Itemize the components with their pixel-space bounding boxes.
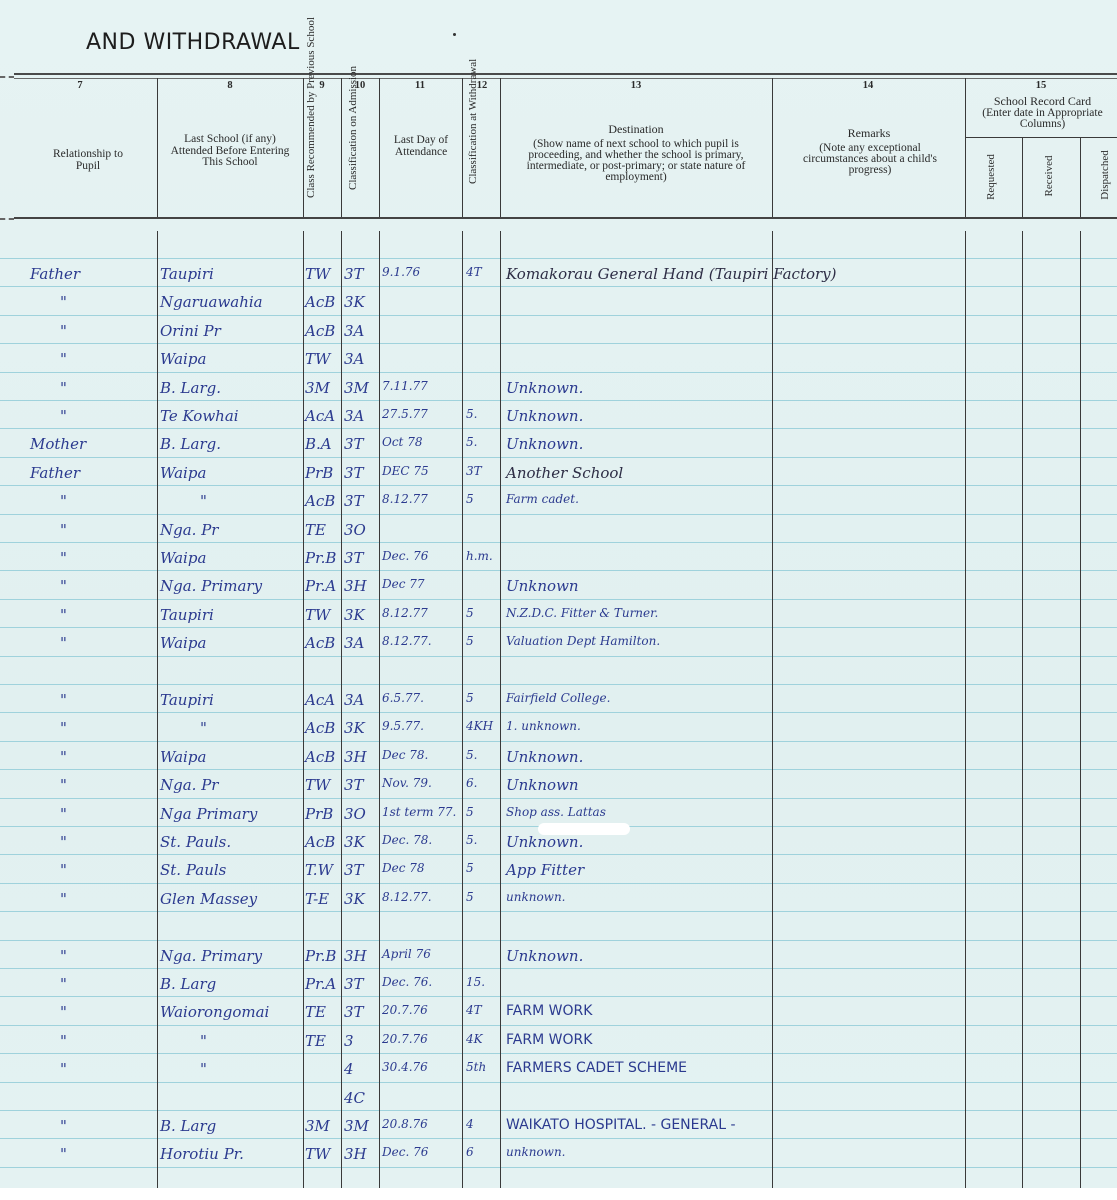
redaction-mark bbox=[538, 823, 630, 835]
ruled-line bbox=[0, 996, 1117, 997]
ruled-line bbox=[0, 798, 1117, 799]
cell-class-withdrawal: 5 bbox=[466, 861, 474, 875]
cell-last-school: St. Pauls. bbox=[160, 833, 231, 851]
header-class-recommended: Class Recommended by Previous School bbox=[306, 88, 317, 198]
column-divider bbox=[462, 78, 463, 217]
ruled-line bbox=[0, 1110, 1117, 1111]
col-number-13: 13 bbox=[616, 80, 656, 91]
header-remarks-note: (Note any exceptional circumstances abou… bbox=[790, 143, 950, 176]
header-dispatched: Dispatched bbox=[1100, 140, 1111, 210]
column-divider bbox=[303, 231, 304, 1188]
cell-last-school: Horotiu Pr. bbox=[160, 1145, 244, 1163]
cell-class-withdrawal: 6 bbox=[466, 1145, 474, 1159]
ruled-line bbox=[0, 343, 1117, 344]
header-classification-admission: Classification on Admission bbox=[348, 100, 359, 190]
cell-last-day: Dec. 78. bbox=[382, 833, 432, 847]
header-remarks: Remarks bbox=[776, 128, 962, 140]
cell-class-recommended: Pr.A bbox=[305, 577, 336, 595]
cell-last-day: Dec. 76 bbox=[382, 1145, 428, 1159]
cell-relationship: " bbox=[60, 492, 67, 510]
column-divider bbox=[462, 231, 463, 1188]
ruled-line bbox=[0, 1138, 1117, 1139]
cell-class-withdrawal: 5 bbox=[466, 492, 474, 506]
cell-relationship: " bbox=[60, 1032, 67, 1050]
cell-last-school: Nga Primary bbox=[160, 805, 257, 823]
cell-last-day: 20.7.76 bbox=[382, 1003, 428, 1017]
ruled-line bbox=[0, 599, 1117, 600]
cell-last-day: Oct 78 bbox=[382, 435, 422, 449]
cell-relationship: " bbox=[60, 805, 67, 823]
cell-class-recommended: AcB bbox=[305, 634, 335, 652]
cell-class-recommended: 3M bbox=[305, 1117, 330, 1135]
cell-relationship: " bbox=[60, 1060, 67, 1078]
header-last-school: Last School (if any) Attended Before Ent… bbox=[170, 134, 290, 169]
cell-class-withdrawal: 5 bbox=[466, 890, 474, 904]
cell-class-admission: 3T bbox=[344, 1003, 364, 1021]
ruled-line bbox=[0, 968, 1117, 969]
cell-last-day: Dec 77 bbox=[382, 577, 425, 591]
cell-last-school: B. Larg bbox=[160, 1117, 216, 1135]
cell-last-school: B. Larg. bbox=[160, 379, 221, 397]
col-number-14: 14 bbox=[848, 80, 888, 91]
cell-class-admission: 3K bbox=[344, 606, 365, 624]
cell-class-recommended: TW bbox=[305, 350, 330, 368]
cell-relationship: " bbox=[60, 293, 67, 311]
cell-last-school: Taupiri bbox=[160, 606, 214, 624]
cell-last-school: Glen Massey bbox=[160, 890, 257, 908]
cell-relationship: Mother bbox=[30, 435, 86, 453]
edge-mark bbox=[0, 218, 14, 220]
cell-class-recommended: TE bbox=[305, 1032, 326, 1050]
cell-class-recommended: AcA bbox=[305, 691, 335, 709]
header-destination: Destination bbox=[505, 124, 767, 136]
column-divider bbox=[1022, 231, 1023, 1188]
column-divider bbox=[379, 231, 380, 1188]
cell-class-admission: 3A bbox=[344, 322, 364, 340]
ruled-line bbox=[0, 769, 1117, 770]
cell-destination: 1. unknown. bbox=[506, 719, 581, 733]
cell-last-day: DEC 75 bbox=[382, 464, 429, 478]
cell-class-recommended: PrB bbox=[305, 464, 333, 482]
cell-destination: Unknown. bbox=[506, 748, 583, 766]
cell-class-withdrawal: 5. bbox=[466, 435, 477, 449]
cell-last-day: Dec 78. bbox=[382, 748, 428, 762]
cell-relationship: " bbox=[60, 861, 67, 879]
cell-destination: unknown. bbox=[506, 890, 566, 904]
cell-class-recommended: TE bbox=[305, 521, 326, 539]
cell-class-recommended: T.W bbox=[305, 861, 333, 879]
cell-last-day: 9.1.76 bbox=[382, 265, 420, 279]
header-school-record-card-note: (Enter date in Appropriate Columns) bbox=[968, 108, 1117, 130]
col-number-8: 8 bbox=[210, 80, 250, 91]
cell-destination: WAIKATO HOSPITAL. - GENERAL - bbox=[506, 1117, 736, 1133]
cell-destination: Unknown. bbox=[506, 833, 583, 851]
col-number-7: 7 bbox=[60, 80, 100, 91]
edge-mark bbox=[0, 76, 14, 78]
cell-class-withdrawal: 15. bbox=[466, 975, 485, 989]
column-divider bbox=[500, 78, 501, 217]
header-requested: Requested bbox=[986, 142, 997, 212]
cell-class-recommended: AcB bbox=[305, 322, 335, 340]
cell-last-school: Ngaruawahia bbox=[160, 293, 263, 311]
cell-class-admission: 3K bbox=[344, 719, 365, 737]
ruled-line bbox=[0, 1053, 1117, 1054]
cell-class-admission: 3M bbox=[344, 1117, 369, 1135]
page-bottom-margin bbox=[0, 1188, 1117, 1200]
cell-last-day: Nov. 79. bbox=[382, 776, 432, 790]
cell-class-recommended: TW bbox=[305, 1145, 330, 1163]
cell-class-admission: 3T bbox=[344, 492, 364, 510]
cell-class-withdrawal: h.m. bbox=[466, 549, 493, 563]
cell-class-admission: 3K bbox=[344, 833, 365, 851]
ruled-line bbox=[0, 570, 1117, 571]
cell-class-admission: 4C bbox=[344, 1089, 365, 1107]
cell-last-school: Taupiri bbox=[160, 265, 214, 283]
cell-class-withdrawal: 5 bbox=[466, 634, 474, 648]
header-classification-withdrawal: Classification at Withdrawal bbox=[468, 94, 479, 184]
cell-relationship: " bbox=[60, 350, 67, 368]
cell-destination: Unknown. bbox=[506, 407, 583, 425]
cell-last-school: Te Kowhai bbox=[160, 407, 239, 425]
cell-destination: Unknown. bbox=[506, 947, 583, 965]
cell-class-recommended: Pr.A bbox=[305, 975, 336, 993]
column-divider bbox=[1022, 138, 1023, 217]
ruled-line bbox=[0, 741, 1117, 742]
cell-last-day: 9.5.77. bbox=[382, 719, 424, 733]
header-bottom-rule bbox=[14, 217, 1117, 219]
cell-last-school: Nga. Primary bbox=[160, 577, 262, 595]
ruled-line bbox=[0, 457, 1117, 458]
cell-last-school: St. Pauls bbox=[160, 861, 226, 879]
ruled-line bbox=[0, 485, 1117, 486]
ruled-line bbox=[0, 854, 1117, 855]
cell-relationship: " bbox=[60, 975, 67, 993]
column-divider bbox=[1080, 231, 1081, 1188]
cell-class-withdrawal: 5 bbox=[466, 606, 474, 620]
cell-last-school: Nga. Pr bbox=[160, 521, 218, 539]
cell-class-admission: 3O bbox=[344, 805, 366, 823]
cell-class-withdrawal: 4T bbox=[466, 1003, 482, 1017]
ruled-line bbox=[0, 372, 1117, 373]
cell-last-day: 8.12.77 bbox=[382, 492, 428, 506]
cell-relationship: Father bbox=[30, 265, 80, 283]
ruled-line bbox=[0, 400, 1117, 401]
column-divider bbox=[157, 231, 158, 1188]
cell-class-admission: 3 bbox=[344, 1032, 354, 1050]
cell-destination: Komakorau General Hand (Taupiri Factory) bbox=[506, 265, 837, 283]
cell-last-day: April 76 bbox=[382, 947, 431, 961]
cell-last-day: 27.5.77 bbox=[382, 407, 428, 421]
cell-class-withdrawal: 3T bbox=[466, 464, 482, 478]
cell-class-recommended: AcB bbox=[305, 293, 335, 311]
cell-class-withdrawal: 5th bbox=[466, 1060, 486, 1074]
ruled-line bbox=[0, 315, 1117, 316]
cell-last-school: Waipa bbox=[160, 634, 206, 652]
ruled-line bbox=[0, 1167, 1117, 1168]
cell-last-day: 20.7.76 bbox=[382, 1032, 428, 1046]
ruled-line bbox=[0, 627, 1117, 628]
cell-last-day: Dec. 76 bbox=[382, 549, 428, 563]
cell-last-day: 8.12.77. bbox=[382, 634, 432, 648]
cell-class-admission: 3H bbox=[344, 1145, 367, 1163]
cell-relationship: " bbox=[60, 719, 67, 737]
cell-class-admission: 3T bbox=[344, 435, 364, 453]
cell-class-admission: 3H bbox=[344, 748, 367, 766]
cell-last-day: 1st term 77. bbox=[382, 805, 456, 819]
cell-relationship: " bbox=[60, 606, 67, 624]
cell-class-admission: 4 bbox=[344, 1060, 354, 1078]
cell-class-admission: 3A bbox=[344, 691, 364, 709]
cell-class-recommended: TW bbox=[305, 776, 330, 794]
header-destination-note: (Show name of next school to which pupil… bbox=[505, 139, 767, 183]
col15-subheader-rule bbox=[965, 137, 1117, 138]
cell-class-admission: 3K bbox=[344, 890, 365, 908]
cell-class-admission: 3A bbox=[344, 634, 364, 652]
cell-class-recommended: PrB bbox=[305, 805, 333, 823]
cell-class-admission: 3T bbox=[344, 776, 364, 794]
header-relationship: Relationship to Pupil bbox=[40, 149, 136, 172]
column-divider bbox=[341, 231, 342, 1188]
column-divider bbox=[500, 231, 501, 1188]
cell-relationship: " bbox=[60, 691, 67, 709]
cell-class-withdrawal: 4KH bbox=[466, 719, 493, 733]
cell-class-recommended: 3M bbox=[305, 379, 330, 397]
cell-last-school: " bbox=[200, 1060, 207, 1078]
cell-last-school: B. Larg. bbox=[160, 435, 221, 453]
cell-class-recommended: TW bbox=[305, 265, 330, 283]
cell-class-withdrawal: 4K bbox=[466, 1032, 483, 1046]
cell-destination: Farm cadet. bbox=[506, 492, 579, 506]
cell-last-day: 6.5.77. bbox=[382, 691, 424, 705]
cell-class-admission: 3T bbox=[344, 975, 364, 993]
cell-class-admission: 3H bbox=[344, 577, 367, 595]
cell-relationship: " bbox=[60, 521, 67, 539]
cell-class-admission: 3M bbox=[344, 379, 369, 397]
cell-relationship: Father bbox=[30, 464, 80, 482]
cell-class-admission: 3A bbox=[344, 350, 364, 368]
cell-last-school: Waipa bbox=[160, 549, 206, 567]
cell-last-school: Orini Pr bbox=[160, 322, 221, 340]
ruled-line bbox=[0, 911, 1117, 912]
column-divider bbox=[965, 78, 966, 217]
cell-destination: Shop ass. Lattas bbox=[506, 805, 606, 819]
cell-destination: Unknown bbox=[506, 577, 579, 595]
cell-relationship: " bbox=[60, 1145, 67, 1163]
header-top-rule bbox=[14, 73, 1117, 79]
cell-class-recommended: TW bbox=[305, 606, 330, 624]
cell-class-admission: 3O bbox=[344, 521, 366, 539]
cell-relationship: " bbox=[60, 947, 67, 965]
cell-relationship: " bbox=[60, 776, 67, 794]
cell-last-school: Waipa bbox=[160, 748, 206, 766]
cell-class-withdrawal: 5. bbox=[466, 833, 477, 847]
cell-relationship: " bbox=[60, 890, 67, 908]
column-divider bbox=[772, 78, 773, 217]
cell-destination: Unknown. bbox=[506, 435, 583, 453]
col-number-15: 15 bbox=[1021, 80, 1061, 91]
cell-relationship: " bbox=[60, 748, 67, 766]
ink-speck bbox=[453, 33, 456, 36]
cell-class-admission: 3A bbox=[344, 407, 364, 425]
cell-class-recommended: AcB bbox=[305, 833, 335, 851]
cell-destination: Unknown bbox=[506, 776, 579, 794]
col-number-10: 10 bbox=[340, 80, 380, 91]
cell-last-school: Waiorongomai bbox=[160, 1003, 269, 1021]
cell-last-day: 8.12.77. bbox=[382, 890, 432, 904]
cell-class-admission: 3K bbox=[344, 293, 365, 311]
cell-class-admission: 3T bbox=[344, 549, 364, 567]
cell-last-day: 8.12.77 bbox=[382, 606, 428, 620]
ruled-line bbox=[0, 542, 1117, 543]
cell-last-school: " bbox=[200, 1032, 207, 1050]
cell-class-recommended: TE bbox=[305, 1003, 326, 1021]
cell-last-school: Waipa bbox=[160, 350, 206, 368]
ruled-line bbox=[0, 1025, 1117, 1026]
cell-destination: unknown. bbox=[506, 1145, 566, 1159]
cell-class-admission: 3H bbox=[344, 947, 367, 965]
cell-class-admission: 3T bbox=[344, 265, 364, 283]
cell-class-withdrawal: 4 bbox=[466, 1117, 474, 1131]
cell-class-recommended: AcB bbox=[305, 492, 335, 510]
cell-class-withdrawal: 4T bbox=[466, 265, 482, 279]
cell-destination: App Fitter bbox=[506, 861, 584, 879]
cell-destination: Unknown. bbox=[506, 379, 583, 397]
cell-class-recommended: Pr.B bbox=[305, 549, 336, 567]
ruled-line bbox=[0, 940, 1117, 941]
cell-class-recommended: AcB bbox=[305, 719, 335, 737]
cell-destination: FARMERS CADET SCHEME bbox=[506, 1060, 687, 1076]
cell-last-school: Taupiri bbox=[160, 691, 214, 709]
header-last-day: Last Day of Attendance bbox=[385, 135, 457, 158]
cell-last-school: Nga. Primary bbox=[160, 947, 262, 965]
cell-class-withdrawal: 5. bbox=[466, 407, 477, 421]
cell-class-admission: 3T bbox=[344, 861, 364, 879]
ruled-line bbox=[0, 656, 1117, 657]
cell-relationship: " bbox=[60, 1117, 67, 1135]
cell-destination: FARM WORK bbox=[506, 1032, 592, 1048]
cell-relationship: " bbox=[60, 549, 67, 567]
cell-destination: Valuation Dept Hamilton. bbox=[506, 634, 660, 648]
column-divider bbox=[379, 78, 380, 217]
column-divider bbox=[157, 78, 158, 217]
cell-last-school: " bbox=[200, 719, 207, 737]
cell-last-school: Nga. Pr bbox=[160, 776, 218, 794]
col-number-11: 11 bbox=[400, 80, 440, 91]
cell-relationship: " bbox=[60, 322, 67, 340]
cell-destination: N.Z.D.C. Fitter & Turner. bbox=[506, 606, 658, 620]
cell-relationship: " bbox=[60, 379, 67, 397]
cell-destination: FARM WORK bbox=[506, 1003, 592, 1019]
ruled-line bbox=[0, 883, 1117, 884]
column-divider bbox=[772, 231, 773, 1188]
ruled-line bbox=[0, 1082, 1117, 1083]
cell-last-day: Dec 78 bbox=[382, 861, 425, 875]
cell-class-recommended: Pr.B bbox=[305, 947, 336, 965]
ruled-line bbox=[0, 428, 1117, 429]
header-received: Received bbox=[1044, 146, 1055, 206]
cell-relationship: " bbox=[60, 634, 67, 652]
cell-last-school: Waipa bbox=[160, 464, 206, 482]
cell-class-recommended: AcA bbox=[305, 407, 335, 425]
ruled-line bbox=[0, 712, 1117, 713]
cell-relationship: " bbox=[60, 407, 67, 425]
cell-relationship: " bbox=[60, 1003, 67, 1021]
cell-last-day: Dec. 76. bbox=[382, 975, 432, 989]
column-divider bbox=[341, 78, 342, 217]
cell-last-school: " bbox=[200, 492, 207, 510]
column-divider bbox=[303, 78, 304, 217]
cell-destination: Fairfield College. bbox=[506, 691, 610, 705]
page-title: AND WITHDRAWAL bbox=[86, 30, 300, 55]
cell-class-admission: 3T bbox=[344, 464, 364, 482]
cell-class-recommended: AcB bbox=[305, 748, 335, 766]
cell-relationship: " bbox=[60, 833, 67, 851]
column-divider bbox=[965, 231, 966, 1188]
ruled-line bbox=[0, 514, 1117, 515]
cell-class-recommended: B.A bbox=[305, 435, 332, 453]
cell-class-withdrawal: 5. bbox=[466, 748, 477, 762]
cell-relationship: " bbox=[60, 577, 67, 595]
cell-last-day: 20.8.76 bbox=[382, 1117, 428, 1131]
cell-last-day: 7.11.77 bbox=[382, 379, 428, 393]
ruled-line bbox=[0, 684, 1117, 685]
ruled-line bbox=[0, 258, 1117, 259]
header-school-record-card: School Record Card bbox=[968, 96, 1117, 108]
ruled-line bbox=[0, 286, 1117, 287]
cell-last-day: 30.4.76 bbox=[382, 1060, 428, 1074]
cell-destination: Another School bbox=[506, 464, 623, 482]
column-divider bbox=[1080, 138, 1081, 217]
cell-last-school: B. Larg bbox=[160, 975, 216, 993]
cell-class-withdrawal: 6. bbox=[466, 776, 477, 790]
cell-class-withdrawal: 5 bbox=[466, 691, 474, 705]
cell-class-recommended: T-E bbox=[305, 890, 329, 908]
cell-class-withdrawal: 5 bbox=[466, 805, 474, 819]
